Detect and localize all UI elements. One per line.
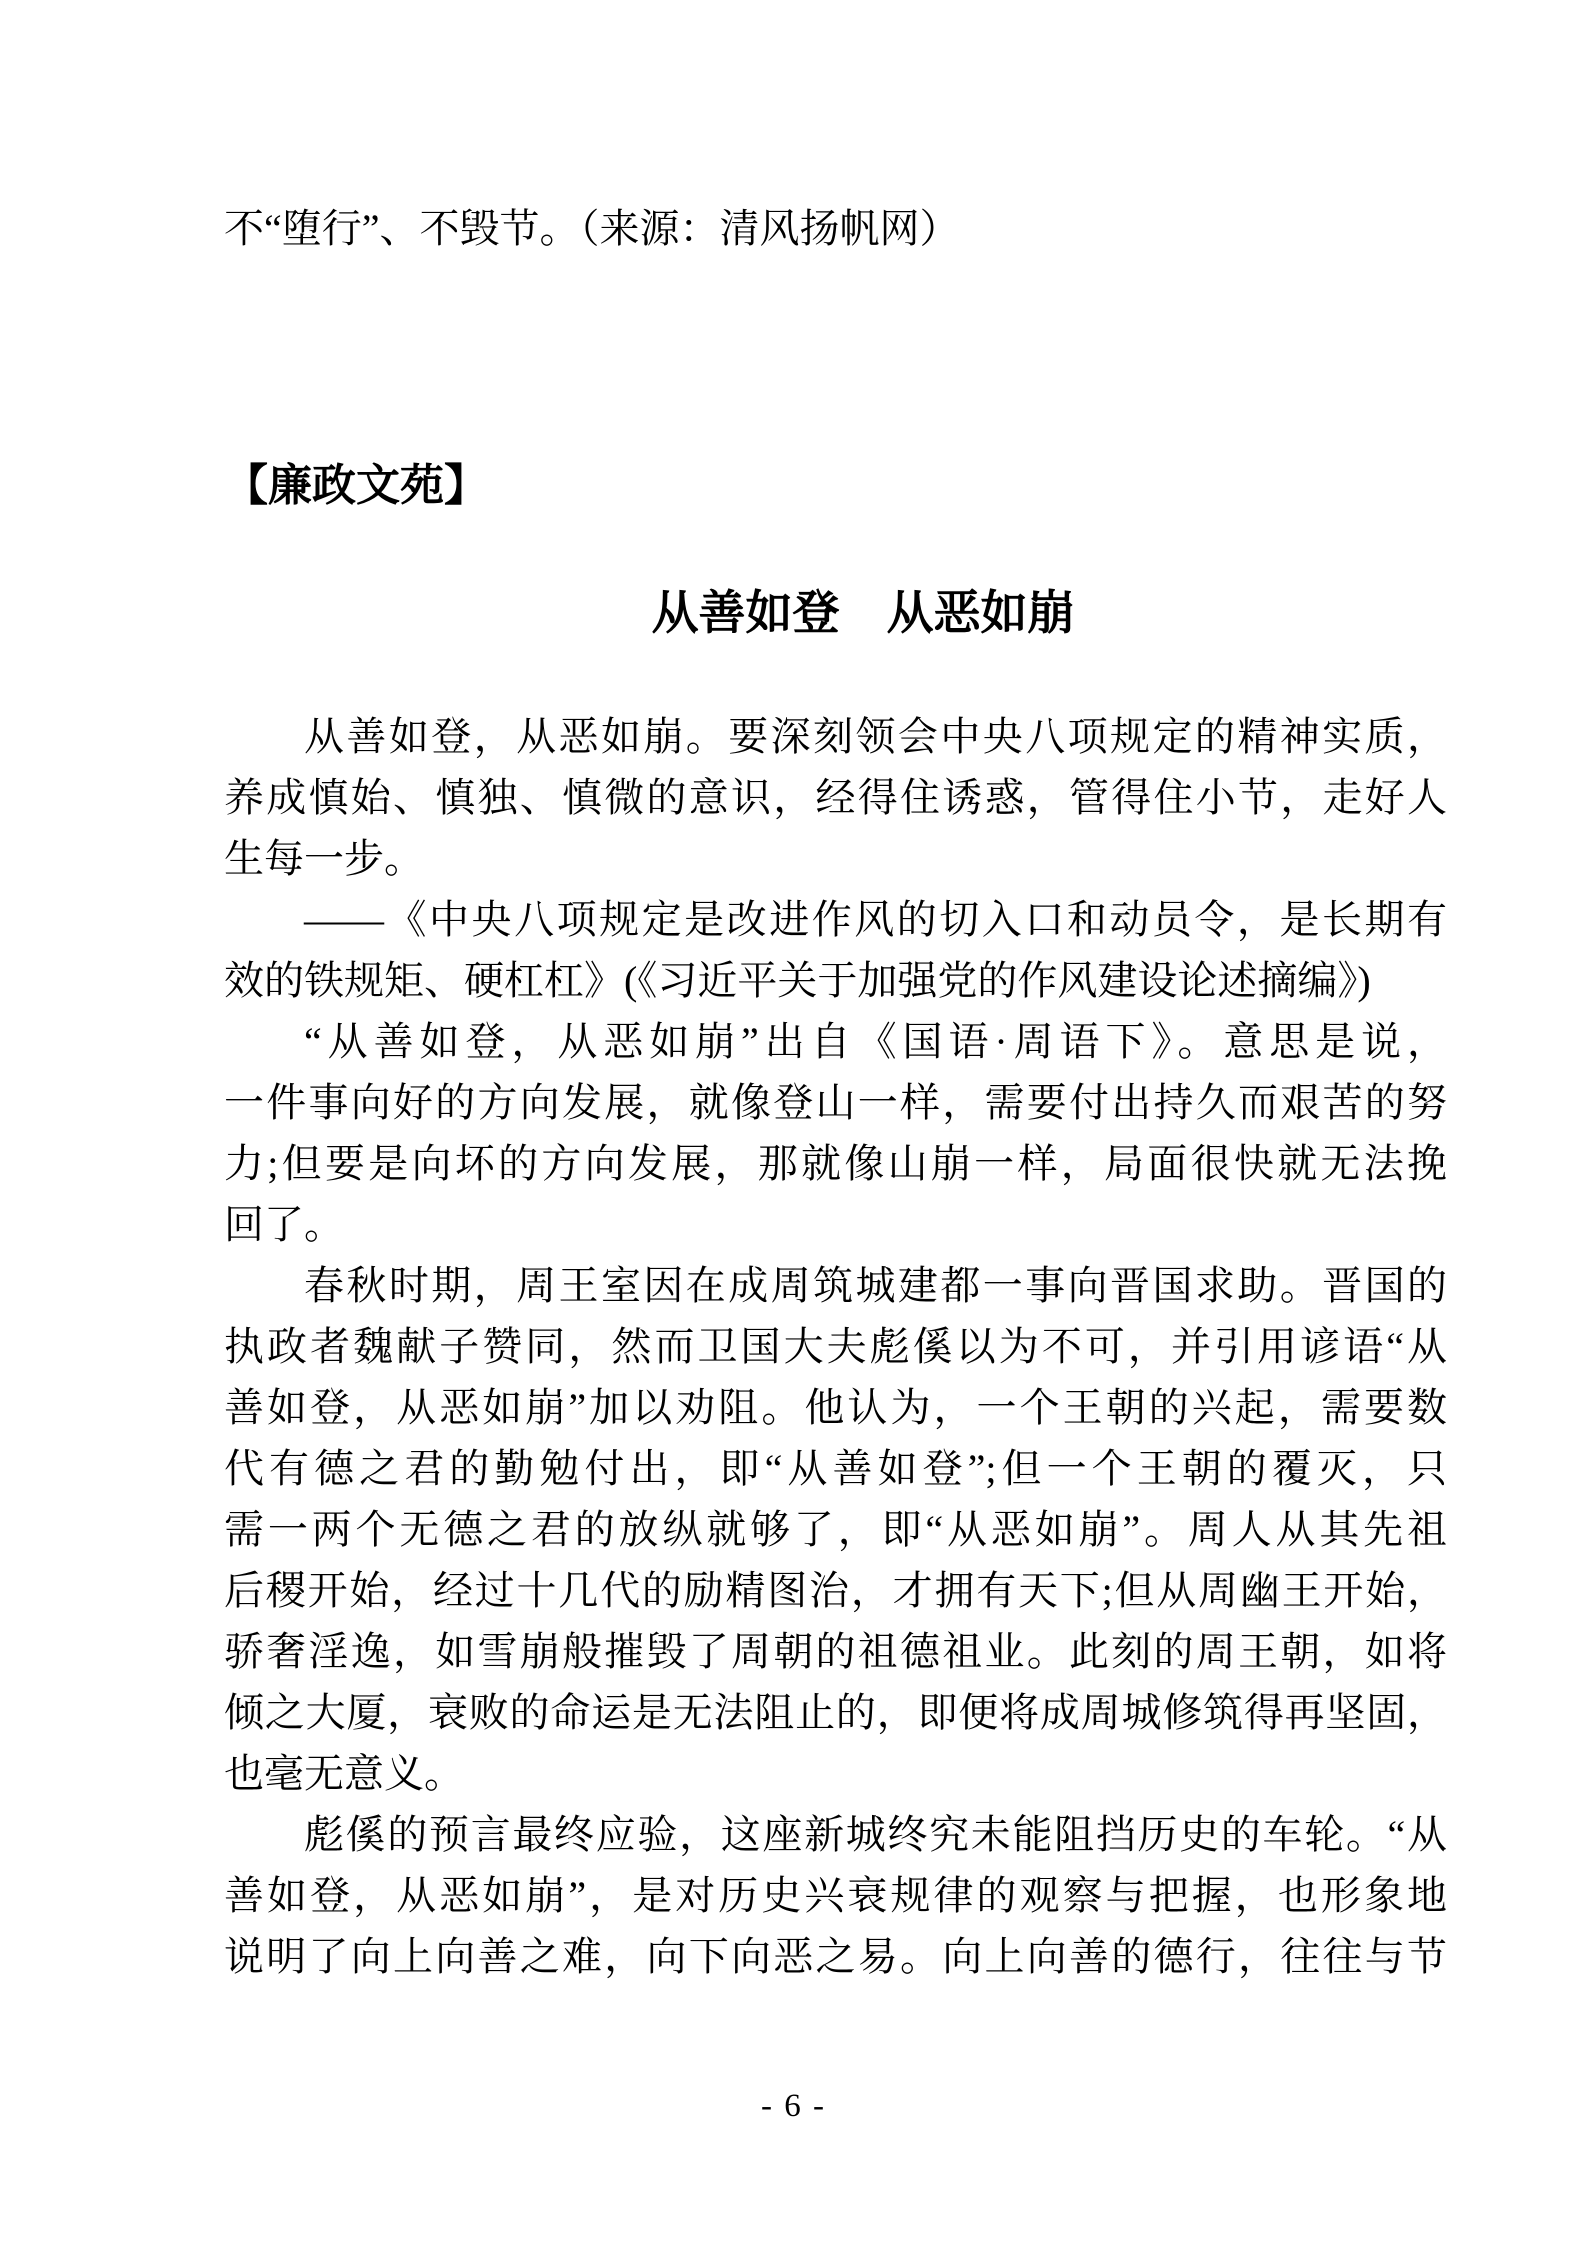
text-line: 生每一步。 xyxy=(224,828,1447,889)
text-line: 执政者魏献子赞同，然而卫国大夫彪傒以为不可，并引用谚语“从 xyxy=(224,1316,1447,1377)
text-line: 彪傒的预言最终应验，这座新城终究未能阻挡历史的车轮。“从 xyxy=(224,1804,1447,1865)
text-line: 从善如登，从恶如崩。要深刻领会中央八项规定的精神实质， xyxy=(224,706,1447,767)
text-line: 代有德之君的勤勉付出，即“从善如登”;但一个王朝的覆灭，只 xyxy=(224,1438,1447,1499)
text-line: 也毫无意义。 xyxy=(224,1743,1447,1804)
text-line: 力;但要是向坏的方向发展，那就像山崩一样，局面很快就无法挽 xyxy=(224,1133,1447,1194)
paragraph: ——《中央八项规定是改进作风的切入口和动员令，是长期有效的铁规矩、硬杠杠》(《习… xyxy=(224,889,1447,1011)
document-page: 不“堕行”、不毁节。（来源：清风扬帆网） 【廉政文苑】 从善如登 从恶如崩 从善… xyxy=(0,0,1587,2245)
article-title: 从善如登 从恶如崩 xyxy=(224,578,1447,650)
text-line: 效的铁规矩、硬杠杠》(《习近平关于加强党的作风建设论述摘编》) xyxy=(224,950,1447,1011)
text-line: ——《中央八项规定是改进作风的切入口和动员令，是长期有 xyxy=(224,889,1447,950)
text-line: 骄奢淫逸，如雪崩般摧毁了周朝的祖德祖业。此刻的周王朝，如将 xyxy=(224,1621,1447,1682)
page-number: - 6 - xyxy=(0,2086,1587,2126)
paragraph: 从善如登，从恶如崩。要深刻领会中央八项规定的精神实质，养成慎始、慎独、慎微的意识… xyxy=(224,706,1447,889)
article-paragraphs: 从善如登，从恶如崩。要深刻领会中央八项规定的精神实质，养成慎始、慎独、慎微的意识… xyxy=(224,706,1447,1987)
text-line: 善如登，从恶如崩”，是对历史兴衰规律的观察与把握，也形象地 xyxy=(224,1865,1447,1926)
text-line: 倾之大厦，衰败的命运是无法阻止的，即便将成周城修筑得再坚固， xyxy=(224,1682,1447,1743)
page-content: 不“堕行”、不毁节。（来源：清风扬帆网） 【廉政文苑】 从善如登 从恶如崩 从善… xyxy=(224,0,1447,1987)
section-header: 【廉政文苑】 xyxy=(224,455,1447,516)
continuation-text-line: 不“堕行”、不毁节。（来源：清风扬帆网） xyxy=(224,198,1447,259)
text-line: 养成慎始、慎独、慎微的意识，经得住诱惑，管得住小节，走好人 xyxy=(224,767,1447,828)
text-line: 一件事向好的方向发展，就像登山一样，需要付出持久而艰苦的努 xyxy=(224,1072,1447,1133)
text-line: 春秋时期，周王室因在成周筑城建都一事向晋国求助。晋国的 xyxy=(224,1255,1447,1316)
paragraph: 春秋时期，周王室因在成周筑城建都一事向晋国求助。晋国的执政者魏献子赞同，然而卫国… xyxy=(224,1255,1447,1804)
text-line: 回了。 xyxy=(224,1194,1447,1255)
text-line: 说明了向上向善之难，向下向恶之易。向上向善的德行，往往与节 xyxy=(224,1926,1447,1987)
text-line: “从善如登，从恶如崩”出自《国语·周语下》。意思是说， xyxy=(224,1011,1447,1072)
paragraph: “从善如登，从恶如崩”出自《国语·周语下》。意思是说，一件事向好的方向发展，就像… xyxy=(224,1011,1447,1255)
text-line: 需一两个无德之君的放纵就够了，即“从恶如崩”。周人从其先祖 xyxy=(224,1499,1447,1560)
text-line: 善如登，从恶如崩”加以劝阻。他认为，一个王朝的兴起，需要数 xyxy=(224,1377,1447,1438)
paragraph: 彪傒的预言最终应验，这座新城终究未能阻挡历史的车轮。“从善如登，从恶如崩”，是对… xyxy=(224,1804,1447,1987)
text-line: 后稷开始，经过十几代的励精图治，才拥有天下;但从周幽王开始， xyxy=(224,1560,1447,1621)
